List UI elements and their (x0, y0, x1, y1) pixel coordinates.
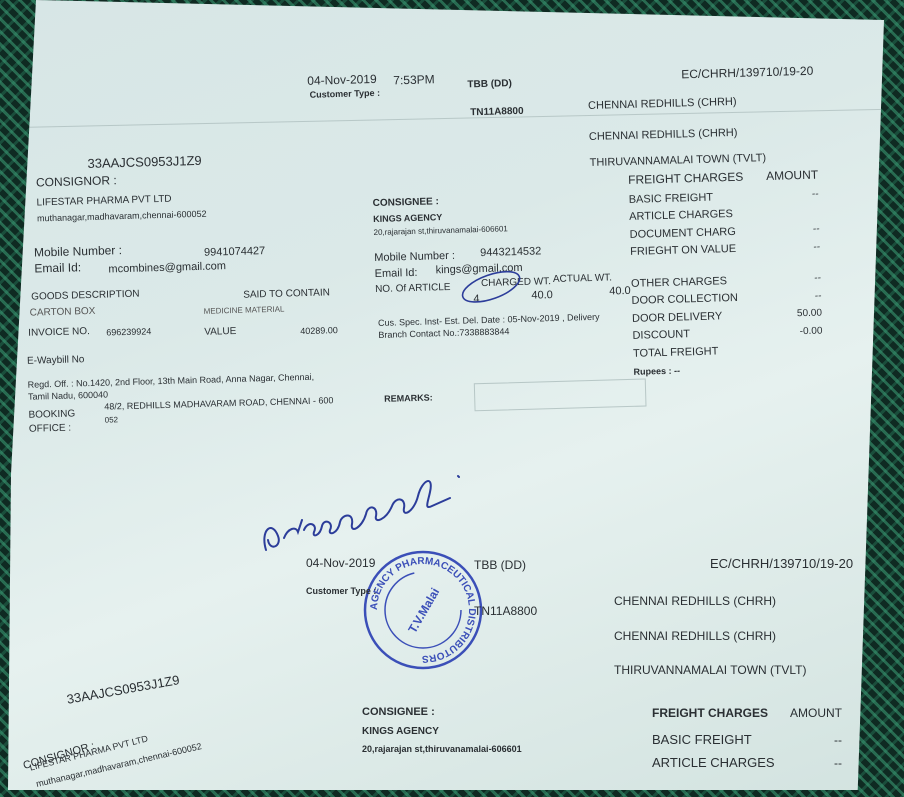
vehicle-number: TN11A8800 (470, 106, 524, 118)
consignee-name: KINGS AGENCY (373, 212, 442, 224)
remarks-box (474, 379, 647, 412)
charge-row: ARTICLE CHARGES-- (652, 751, 842, 774)
rupees-in-words: Rupees : -- (633, 361, 823, 376)
charge-label: DOOR DELIVERY (632, 310, 723, 325)
charge-label: DOCUMENT CHARG (630, 226, 736, 241)
charge-amount: -- (834, 756, 842, 770)
consignor-address: muthanagar,madhavaram,chennai-600052 (37, 209, 207, 224)
charges-rows: BASIC FREIGHT--ARTICLE CHARGESDOCUMENT C… (628, 186, 823, 363)
bottom-consignee-label: CONSIGNEE : (362, 706, 435, 718)
charge-label: ARTICLE CHARGES (652, 755, 775, 770)
regd-office-line1: Regd. Off. : No.1420, 2nd Floor, 13th Ma… (28, 372, 315, 390)
no-of-article-label: NO. Of ARTICLE (375, 282, 451, 295)
destination-branch: THIRUVANNAMALAI TOWN (TVLT) (590, 152, 767, 169)
charge-label: ARTICLE CHARGES (629, 208, 733, 223)
charge-amount: -- (814, 273, 821, 284)
booking-time: 7:53PM (393, 72, 435, 87)
consignor-label: CONSIGNOR : (36, 173, 117, 189)
bottom-booking-type: TBB (DD) (474, 558, 526, 572)
booking-type: TBB (DD) (467, 78, 512, 90)
handwritten-circle-mark (456, 268, 527, 304)
charge-label: TOTAL FREIGHT (633, 345, 719, 359)
bottom-consignee-address: 20,rajarajan st,thiruvanamalai-606601 (362, 744, 522, 754)
value-label: VALUE (204, 326, 236, 338)
bottom-charges-header: FREIGHT CHARGES (652, 706, 768, 728)
consignor-email-label: Email Id: (34, 260, 81, 275)
bottom-freight-charges-table: FREIGHT CHARGES AMOUNT BASIC FREIGHT--AR… (652, 706, 842, 774)
booking-office-label-2: OFFICE : (29, 423, 72, 435)
goods-description: CARTON BOX (30, 306, 96, 319)
goods-description-label: GOODS DESCRIPTION (31, 289, 140, 303)
customer-type-label: Customer Type : (310, 88, 381, 100)
charge-amount: -- (813, 224, 820, 235)
charge-amount: -- (815, 290, 822, 301)
charge-amount: -- (834, 733, 842, 747)
booking-office-address-1: 48/2, REDHILLS MADHAVARAM ROAD, CHENNAI … (104, 395, 333, 411)
booking-date: 04-Nov-2019 (307, 72, 377, 88)
receipt-top-copy: 04-Nov-2019 7:53PM Customer Type : TBB (… (3, 0, 891, 452)
charge-amount: -0.00 (800, 325, 823, 337)
consignee-mobile: 9443214532 (480, 245, 541, 259)
bottom-amount-header: AMOUNT (790, 706, 842, 728)
lr-receipt-paper: 04-Nov-2019 7:53PM Customer Type : TBB (… (8, 0, 884, 790)
consignor-mobile-label: Mobile Number : (34, 243, 122, 259)
consignor-email: mcombines@gmail.com (108, 260, 226, 275)
branch-contact: Branch Contact No.:7338883844 (378, 326, 509, 340)
from-branch: CHENNAI REDHILLS (CHRH) (588, 96, 737, 112)
actual-weight-label: ACTUAL WT. (553, 272, 612, 285)
charge-label: DOOR COLLECTION (631, 292, 738, 307)
bottom-booking-date: 04-Nov-2019 (306, 556, 375, 570)
consignee-label: CONSIGNEE : (373, 196, 439, 209)
booking-branch: CHENNAI REDHILLS (CHRH) (589, 127, 738, 143)
charge-row: BASIC FREIGHT-- (652, 728, 842, 751)
booking-office-label-1: BOOKING (28, 408, 75, 420)
bottom-booking-branch: CHENNAI REDHILLS (CHRH) (614, 629, 776, 643)
amount-header: AMOUNT (766, 168, 818, 187)
bottom-lr-number: EC/CHRH/139710/19-20 (710, 556, 853, 571)
lr-number: EC/CHRH/139710/19-20 (681, 64, 813, 82)
charge-amount: -- (812, 189, 819, 200)
actual-weight: 40.0 (609, 285, 631, 298)
bottom-consignee-name: KINGS AGENCY (362, 726, 439, 737)
bottom-charges-header-row: FREIGHT CHARGES AMOUNT (652, 706, 842, 728)
special-instructions: Cus. Spec. Inst- Est. Del. Date : 05-Nov… (378, 312, 600, 328)
receipt-bottom-copy: 04-Nov-2019 Customer Type : TBB (DD) TN1… (8, 540, 884, 797)
charged-weight: 40.0 (531, 289, 553, 302)
invoice-number: 696239924 (106, 326, 151, 337)
remarks-label: REMARKS: (384, 392, 433, 403)
consignor-mobile: 9941074427 (204, 245, 265, 259)
consignor-gstin: 33AAJCS0953J1Z9 (87, 153, 202, 171)
consignee-mobile-label: Mobile Number : (374, 250, 455, 264)
bottom-charges-rows: BASIC FREIGHT--ARTICLE CHARGES-- (652, 728, 842, 774)
consignor-name: LIFESTAR PHARMA PVT LTD (36, 194, 171, 209)
freight-charges-table: FREIGHT CHARGES AMOUNT BASIC FREIGHT--AR… (628, 168, 824, 377)
charge-label: BASIC FREIGHT (652, 732, 752, 747)
bottom-from-branch: CHENNAI REDHILLS (CHRH) (614, 594, 776, 608)
charge-label: OTHER CHARGES (631, 275, 727, 290)
charge-label: FRIEGHT ON VALUE (630, 243, 736, 258)
bottom-destination-branch: THIRUVANNAMALAI TOWN (TVLT) (614, 663, 806, 677)
consignee-email-label: Email Id: (375, 267, 418, 280)
invoice-label: INVOICE NO. (28, 326, 90, 339)
charge-amount: 50.00 (797, 308, 822, 320)
goods-contents: MEDICINE MATERIAL (204, 305, 285, 316)
charge-label: DISCOUNT (632, 329, 690, 343)
regd-office-line2: Tamil Nadu, 600040 (28, 390, 108, 402)
booking-office-address-2: 052 (105, 415, 119, 424)
consignee-address: 20,rajarajan st,thiruvanamalai-606601 (373, 224, 508, 237)
said-to-contain-label: SAID TO CONTAIN (243, 287, 330, 300)
ewaybill-label: E-Waybill No (27, 354, 85, 367)
goods-value: 40289.00 (300, 325, 338, 336)
bottom-vehicle-number: TN11A8800 (474, 604, 537, 618)
charge-amount: -- (813, 241, 820, 252)
bottom-consignor-gstin: 33AAJCS0953J1Z9 (66, 672, 181, 707)
charge-label: BASIC FREIGHT (629, 191, 714, 205)
charges-header: FREIGHT CHARGES (628, 170, 744, 191)
bottom-customer-type-label: Customer Type : (306, 586, 376, 596)
